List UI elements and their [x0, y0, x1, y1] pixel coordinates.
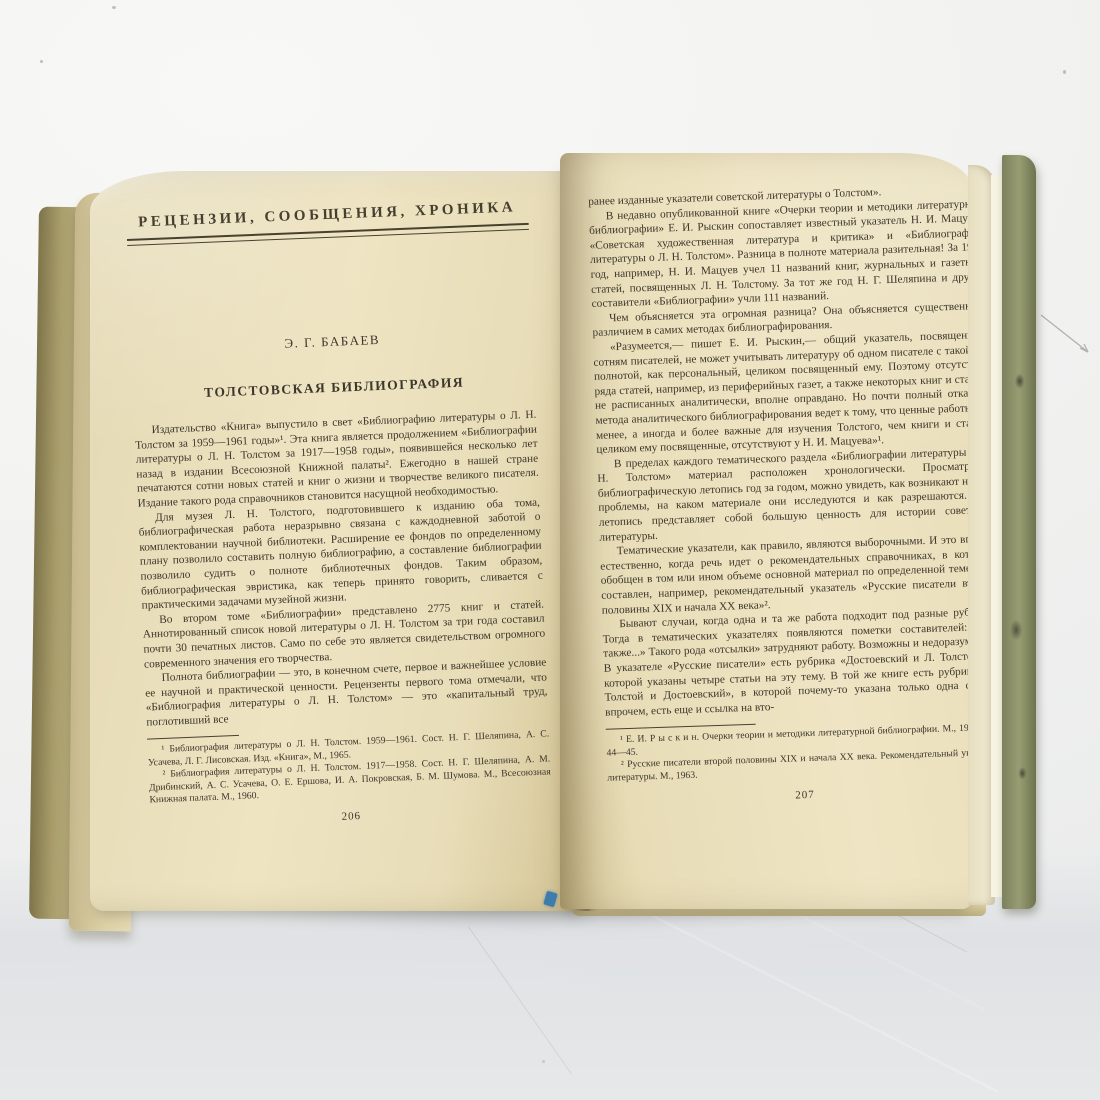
paragraph: Тематические указатели, как правило, явл…	[600, 532, 996, 618]
footnote-rule	[147, 735, 239, 740]
dust-speck	[112, 6, 116, 9]
left-page: РЕЦЕНЗИИ, СООБЩЕНИЯ, ХРОНИКА Э. Г. БАБАЕ…	[90, 171, 590, 911]
paragraph: В пределах каждого тематического раздела…	[597, 444, 994, 545]
dust-speck	[1063, 70, 1066, 74]
spacer	[127, 230, 533, 342]
footnote-rule	[606, 724, 756, 730]
paragraph: Издательство «Книга» выпустило в свет «Б…	[134, 408, 539, 512]
book-cover-right-edge	[1002, 155, 1036, 909]
pencil-arrow-mark	[1038, 312, 1100, 364]
left-page-content: РЕЦЕНЗИИ, СООБЩЕНИЯ, ХРОНИКА Э. Г. БАБАЕ…	[126, 199, 552, 831]
dust-speck	[40, 60, 43, 63]
page-number: 207	[608, 783, 1002, 808]
open-book: РЕЦЕНЗИИ, СООБЩЕНИЯ, ХРОНИКА Э. Г. БАБАЕ…	[28, 95, 1033, 965]
paragraph: Бывают случаи, когда одна и та же работа…	[602, 605, 999, 720]
page-number: 206	[150, 802, 552, 830]
paragraph: В недавно опубликованной книге «Очерки т…	[588, 197, 985, 312]
paragraph: Для музея Л. Н. Толстого, подготовившего…	[138, 495, 544, 613]
right-page: ранее изданные указатели советской литер…	[560, 153, 972, 909]
right-page-content: ранее изданные указатели советской литер…	[588, 182, 1002, 808]
photo-background: РЕЦЕНЗИИ, СООБЩЕНИЯ, ХРОНИКА Э. Г. БАБАЕ…	[0, 0, 1100, 1100]
paragraph: «Разумеется,— пишет Е. И. Рыскин,— общий…	[593, 328, 991, 458]
